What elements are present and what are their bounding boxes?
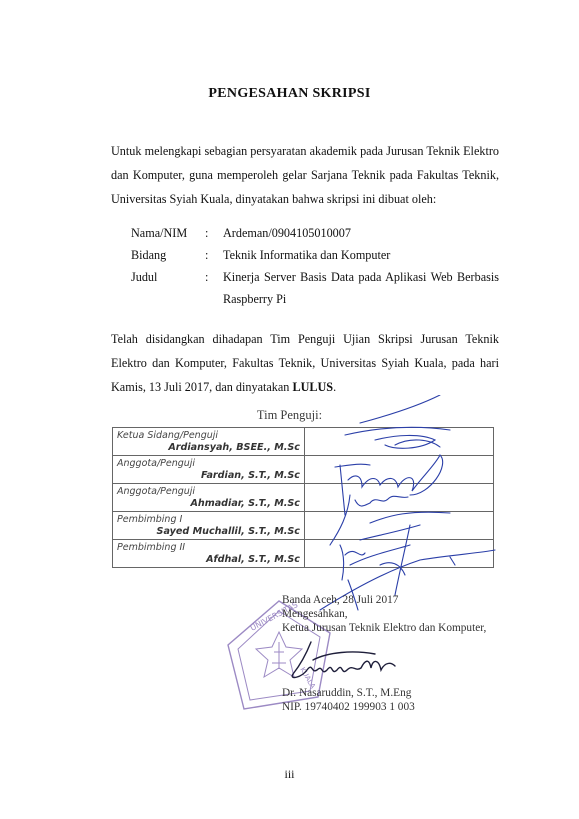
examiner-role: Pembimbing II <box>117 542 300 554</box>
examiner-table: Ketua Sidang/PengujiArdiansyah, BSEE., M… <box>112 427 494 568</box>
signature-cell <box>305 540 494 568</box>
examiner-role: Anggota/Penguji <box>117 486 300 498</box>
examiner-name-cell: Anggota/PengujiAhmadiar, S.T., M.Sc <box>113 484 305 512</box>
signature-cell <box>305 456 494 484</box>
signer-name: Dr. Nasaruddin, S.T., M.Eng <box>282 686 415 700</box>
examiner-name-cell: Anggota/PengujiFardian, S.T., M.Sc <box>113 456 305 484</box>
approval-position: Ketua Jurusan Teknik Elektro dan Kompute… <box>282 621 486 635</box>
examiner-row: Anggota/PengujiFardian, S.T., M.Sc <box>113 456 494 484</box>
examiner-row: Pembimbing IIAfdhal, S.T., M.Sc <box>113 540 494 568</box>
examiner-row: Anggota/PengujiAhmadiar, S.T., M.Sc <box>113 484 494 512</box>
examiner-name-cell: Ketua Sidang/PengujiArdiansyah, BSEE., M… <box>113 428 305 456</box>
conclusion-paragraph: Telah disidangkan dihadapan Tim Penguji … <box>111 327 499 399</box>
info-value: Kinerja Server Basis Data pada Aplikasi … <box>223 266 499 310</box>
conclusion-end: . <box>333 380 336 394</box>
student-info: Nama/NIM : Ardeman/0904105010007 Bidang … <box>131 222 499 310</box>
examiner-role: Pembimbing I <box>117 514 300 526</box>
examiner-name: Afdhal, S.T., M.Sc <box>117 554 300 566</box>
info-colon: : <box>205 222 223 244</box>
page-number: iii <box>0 767 579 782</box>
info-value: Ardeman/0904105010007 <box>223 222 499 244</box>
info-colon: : <box>205 244 223 266</box>
examiner-name-cell: Pembimbing ISayed Muchallil, S.T., M.Sc <box>113 512 305 540</box>
info-label: Bidang <box>131 244 205 266</box>
info-row-judul: Judul : Kinerja Server Basis Data pada A… <box>131 266 499 310</box>
intro-paragraph: Untuk melengkapi sebagian persyaratan ak… <box>111 139 499 211</box>
info-row-bidang: Bidang : Teknik Informatika dan Komputer <box>131 244 499 266</box>
page-title: PENGESAHAN SKRIPSI <box>0 86 579 102</box>
examiner-name-cell: Pembimbing IIAfdhal, S.T., M.Sc <box>113 540 305 568</box>
examiner-role: Anggota/Penguji <box>117 458 300 470</box>
approval-place-date: Banda Aceh, 28 Juli 2017 <box>282 593 486 607</box>
approval-label: Mengesahkan, <box>282 607 486 621</box>
signature-cell <box>305 512 494 540</box>
examiner-name: Sayed Muchallil, S.T., M.Sc <box>117 526 300 538</box>
info-label: Judul <box>131 266 205 310</box>
examiner-row: Ketua Sidang/PengujiArdiansyah, BSEE., M… <box>113 428 494 456</box>
signer-nip: NIP. 19740402 199903 1 003 <box>282 700 415 714</box>
panel-heading: Tim Penguji: <box>0 408 579 423</box>
examiner-name: Fardian, S.T., M.Sc <box>117 470 300 482</box>
info-colon: : <box>205 266 223 310</box>
signer-block: Dr. Nasaruddin, S.T., M.Eng NIP. 1974040… <box>282 686 415 714</box>
examiner-role: Ketua Sidang/Penguji <box>117 430 300 442</box>
signature-cell <box>305 428 494 456</box>
info-label: Nama/NIM <box>131 222 205 244</box>
approval-block: Banda Aceh, 28 Juli 2017 Mengesahkan, Ke… <box>282 593 486 635</box>
result-status: LULUS <box>292 380 333 394</box>
examiner-name: Ardiansyah, BSEE., M.Sc <box>117 442 300 454</box>
examiner-row: Pembimbing ISayed Muchallil, S.T., M.Sc <box>113 512 494 540</box>
examiner-name: Ahmadiar, S.T., M.Sc <box>117 498 300 510</box>
signature-cell <box>305 484 494 512</box>
info-row-nama: Nama/NIM : Ardeman/0904105010007 <box>131 222 499 244</box>
head-signature-icon <box>283 640 433 685</box>
info-value: Teknik Informatika dan Komputer <box>223 244 499 266</box>
